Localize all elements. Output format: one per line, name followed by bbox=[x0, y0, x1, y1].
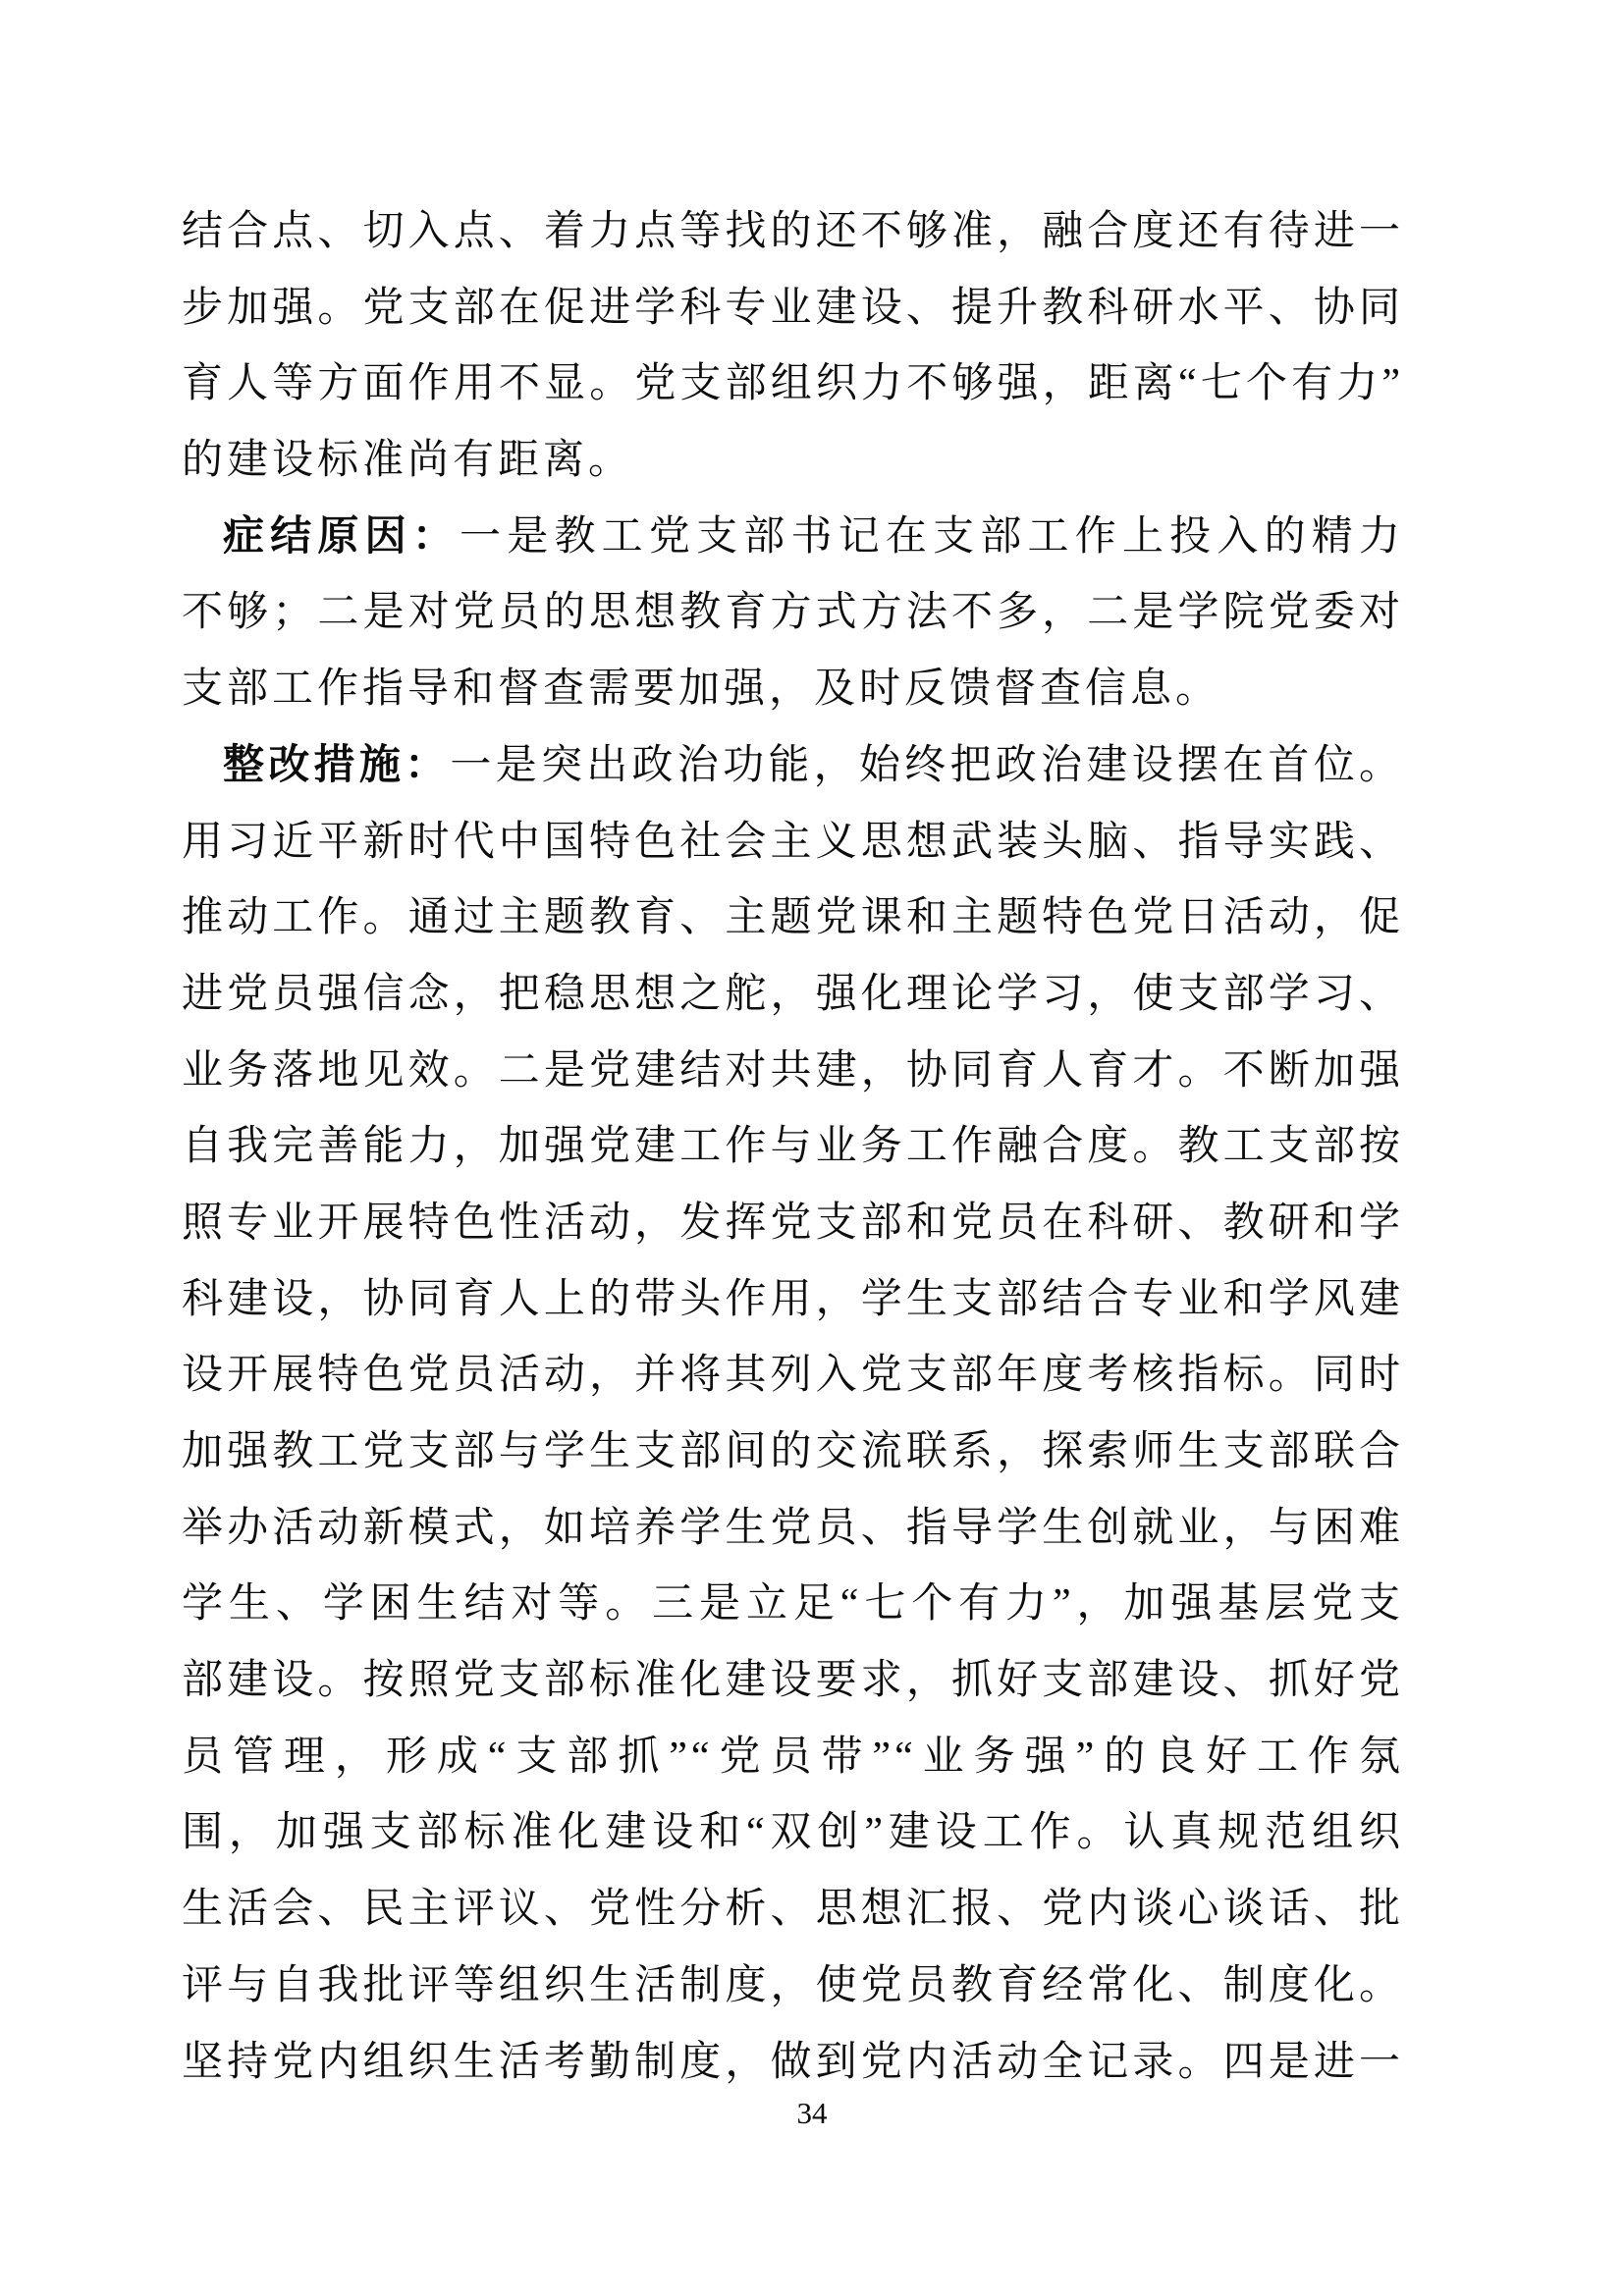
paragraph-label: 症结原因： bbox=[223, 514, 460, 560]
text-line: 部建设。按照党支部标准化建设要求，抓好支部建设、抓好党 bbox=[182, 1643, 1404, 1720]
text-line: 结合点、切入点、着力点等找的还不够准，融合度还有待进一 bbox=[182, 194, 1404, 271]
text-line: 评与自我批评等组织生活制度，使党员教育经常化、制度化。 bbox=[182, 1949, 1404, 2025]
text-line: 自我完善能力，加强党建工作与业务工作融合度。教工支部按 bbox=[182, 1109, 1404, 1186]
text-line: 员管理，形成“支部抓”“党员带”“业务强”的良好工作氛 bbox=[182, 1720, 1404, 1796]
text-line: 支部工作指导和督查需要加强，及时反馈督查信息。 bbox=[182, 652, 1404, 728]
text-line: 生活会、民主评议、党性分析、思想汇报、党内谈心谈话、批 bbox=[182, 1872, 1404, 1949]
text-line: 照专业开展特色性活动，发挥党支部和党员在科研、教研和学 bbox=[182, 1186, 1404, 1262]
document-body: 结合点、切入点、着力点等找的还不够准，融合度还有待进一步加强。党支部在促进学科专… bbox=[182, 194, 1404, 2101]
text-line: 加强教工党支部与学生支部间的交流联系，探索师生支部联合 bbox=[182, 1415, 1404, 1491]
text-line: 业务落地见效。二是党建结对共建，协同育人育才。不断加强 bbox=[182, 1034, 1404, 1110]
paragraph-label: 整改措施： bbox=[223, 743, 450, 788]
text-line: 育人等方面作用不显。党支部组织力不够强，距离“七个有力” bbox=[182, 347, 1404, 423]
text-line: 坚持党内组织生活考勤制度，做到党内活动全记录。四是进一 bbox=[182, 2025, 1404, 2102]
page-number: 34 bbox=[0, 2094, 1624, 2133]
text-line: 整改措施：一是突出政治功能，始终把政治建设摆在首位。 bbox=[182, 728, 1404, 805]
text-line: 进党员强信念，把稳思想之舵，强化理论学习，使支部学习、 bbox=[182, 957, 1404, 1034]
page: { "page": { "number": "34" }, "document"… bbox=[0, 0, 1624, 2296]
text-line: 学生、学困生结对等。三是立足“七个有力”，加强基层党支 bbox=[182, 1567, 1404, 1643]
text-line: 推动工作。通过主题教育、主题党课和主题特色党日活动，促 bbox=[182, 881, 1404, 957]
text-line: 科建设，协同育人上的带头作用，学生支部结合专业和学风建 bbox=[182, 1262, 1404, 1339]
text-line: 的建设标准尚有距离。 bbox=[182, 423, 1404, 500]
text-line: 围，加强支部标准化建设和“双创”建设工作。认真规范组织 bbox=[182, 1795, 1404, 1872]
text-line: 设开展特色党员活动，并将其列入党支部年度考核指标。同时 bbox=[182, 1338, 1404, 1415]
text-line: 步加强。党支部在促进学科专业建设、提升教科研水平、协同 bbox=[182, 271, 1404, 347]
text-line: 不够；二是对党员的思想教育方式方法不多，二是学院党委对 bbox=[182, 575, 1404, 652]
text-line: 症结原因：一是教工党支部书记在支部工作上投入的精力 bbox=[182, 500, 1404, 576]
text-line: 用习近平新时代中国特色社会主义思想武装头脑、指导实践、 bbox=[182, 805, 1404, 881]
text-line: 举办活动新模式，如培养学生党员、指导学生创就业，与困难 bbox=[182, 1491, 1404, 1568]
